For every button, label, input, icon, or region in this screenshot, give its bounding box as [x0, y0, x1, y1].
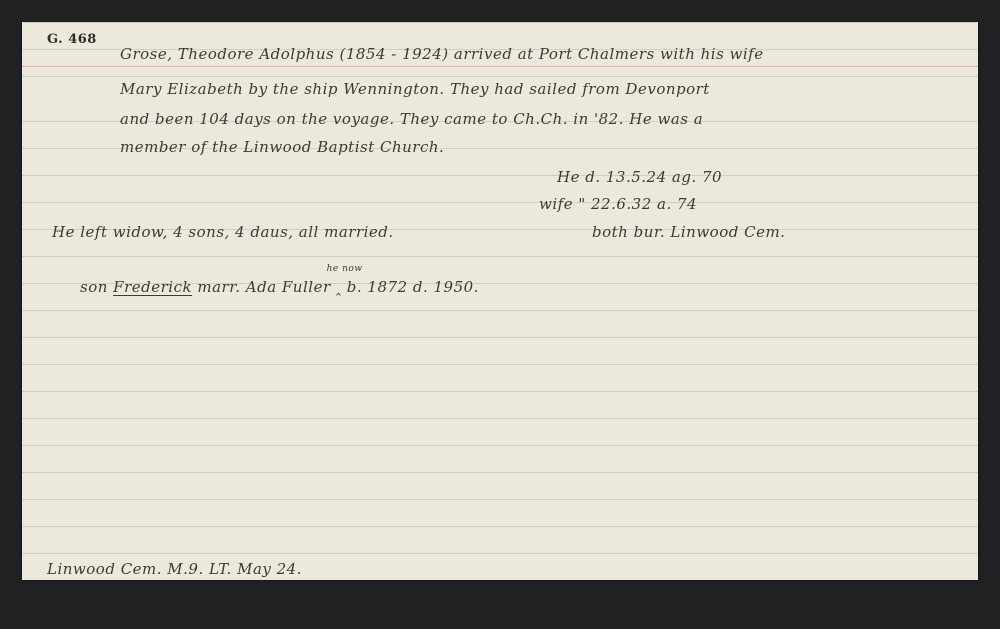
death-note-husband: He d. 13.5.24 ag. 70	[557, 168, 722, 186]
son-prefix: son	[80, 278, 108, 296]
burial-note: both bur. Linwood Cem.	[592, 223, 785, 241]
entry-line-4: member of the Linwood Baptist Church.	[120, 138, 444, 156]
son-marriage: marr. Ada Fuller	[197, 278, 330, 296]
entry-line-1: Grose, Theodore Adolphus (1854 - 1924) a…	[120, 45, 764, 63]
son-dates: b. 1872 d. 1950.	[347, 278, 479, 296]
survivors-line: He left widow, 4 sons, 4 daus, all marri…	[52, 223, 394, 241]
card-reference-number: G. 468	[47, 32, 97, 47]
caret-mark: ‸	[336, 278, 342, 296]
inserted-note: he now	[327, 264, 363, 274]
son-name: Frederick	[113, 278, 192, 296]
entry-line-2: Mary Elizabeth by the ship Wennington. T…	[120, 80, 710, 98]
entry-line-3: and been 104 days on the voyage. They ca…	[120, 110, 703, 128]
index-card: G. 468 Grose, Theodore Adolphus (1854 - …	[22, 22, 978, 580]
death-note-wife: wife " 22.6.32 a. 74	[539, 195, 697, 213]
son-line: son Frederick marr. Ada Fuller he now ‸ …	[80, 278, 479, 296]
red-header-rule	[22, 66, 978, 67]
footer-note: Linwood Cem. M.9. LT. May 24.	[47, 560, 302, 578]
